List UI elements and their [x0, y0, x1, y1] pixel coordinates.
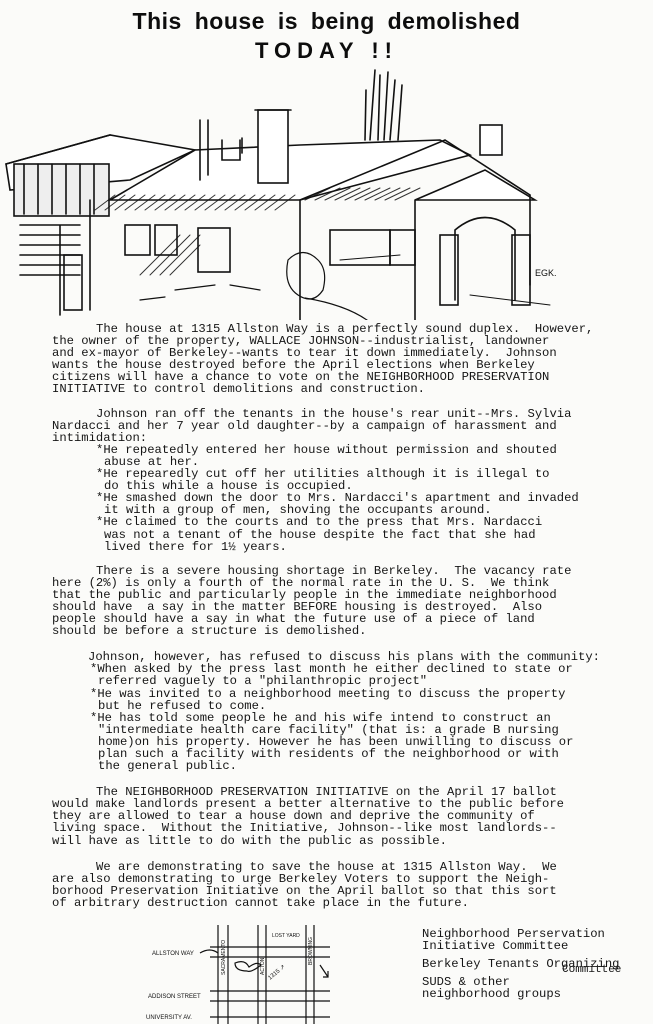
harassment-item: *He repeatedly entered her house without… [52, 444, 652, 468]
map-label-sacramento: SACRAMENTO [221, 940, 227, 975]
headline-title: This house is being demolished [0, 8, 653, 35]
paragraph-harassment: Johnson ran off the tenants in the house… [52, 408, 652, 444]
signatory-npi-committee: Initiative Committee [422, 940, 652, 952]
map-label-address: 1315 ↗ [267, 964, 286, 981]
map-label-university: UNIVERSITY AV. [146, 1015, 192, 1021]
signatories: Neighborhood Perservation Initiative Com… [422, 928, 652, 1000]
harassment-item: *He claimed to the courts and to the pre… [52, 516, 652, 552]
signatory-other: neighborhood groups [422, 988, 652, 1000]
map-label-yard: LOST YARD [272, 933, 300, 939]
paragraph-initiative: The NEIGHBORHOOD PRESERVATION INITIATIVE… [52, 786, 652, 846]
map-label-browning: BROWNING [308, 937, 314, 965]
artist-signature: EGK. [535, 268, 557, 278]
paragraph-housing-shortage: There is a severe housing shortage in Be… [52, 565, 652, 638]
refusal-item: *He has told some people he and his wife… [52, 712, 652, 772]
map-label-acton: ACTON [260, 957, 266, 975]
refusal-item: *When asked by the press last month he e… [52, 663, 652, 687]
harassment-item: *He repearedly cut off her utilities alt… [52, 468, 652, 492]
map-label-addison: ADDISON STREET [148, 994, 201, 1000]
paragraph-demonstration: We are demonstrating to save the house a… [52, 861, 652, 909]
map-label-allston: ALLSTON WAY [152, 951, 194, 957]
harassment-item: *He smashed down the door to Mrs. Nardac… [52, 492, 652, 516]
refusal-item: *He was invited to a neighborhood meetin… [52, 688, 652, 712]
article-body: The house at 1315 Allston Way is a perfe… [52, 323, 652, 921]
paragraph-intro: The house at 1315 Allston Way is a perfe… [52, 323, 652, 396]
location-map: ALLSTON WAY ADDISON STREET UNIVERSITY AV… [130, 925, 330, 1024]
house-illustration: EGK. [0, 60, 653, 320]
